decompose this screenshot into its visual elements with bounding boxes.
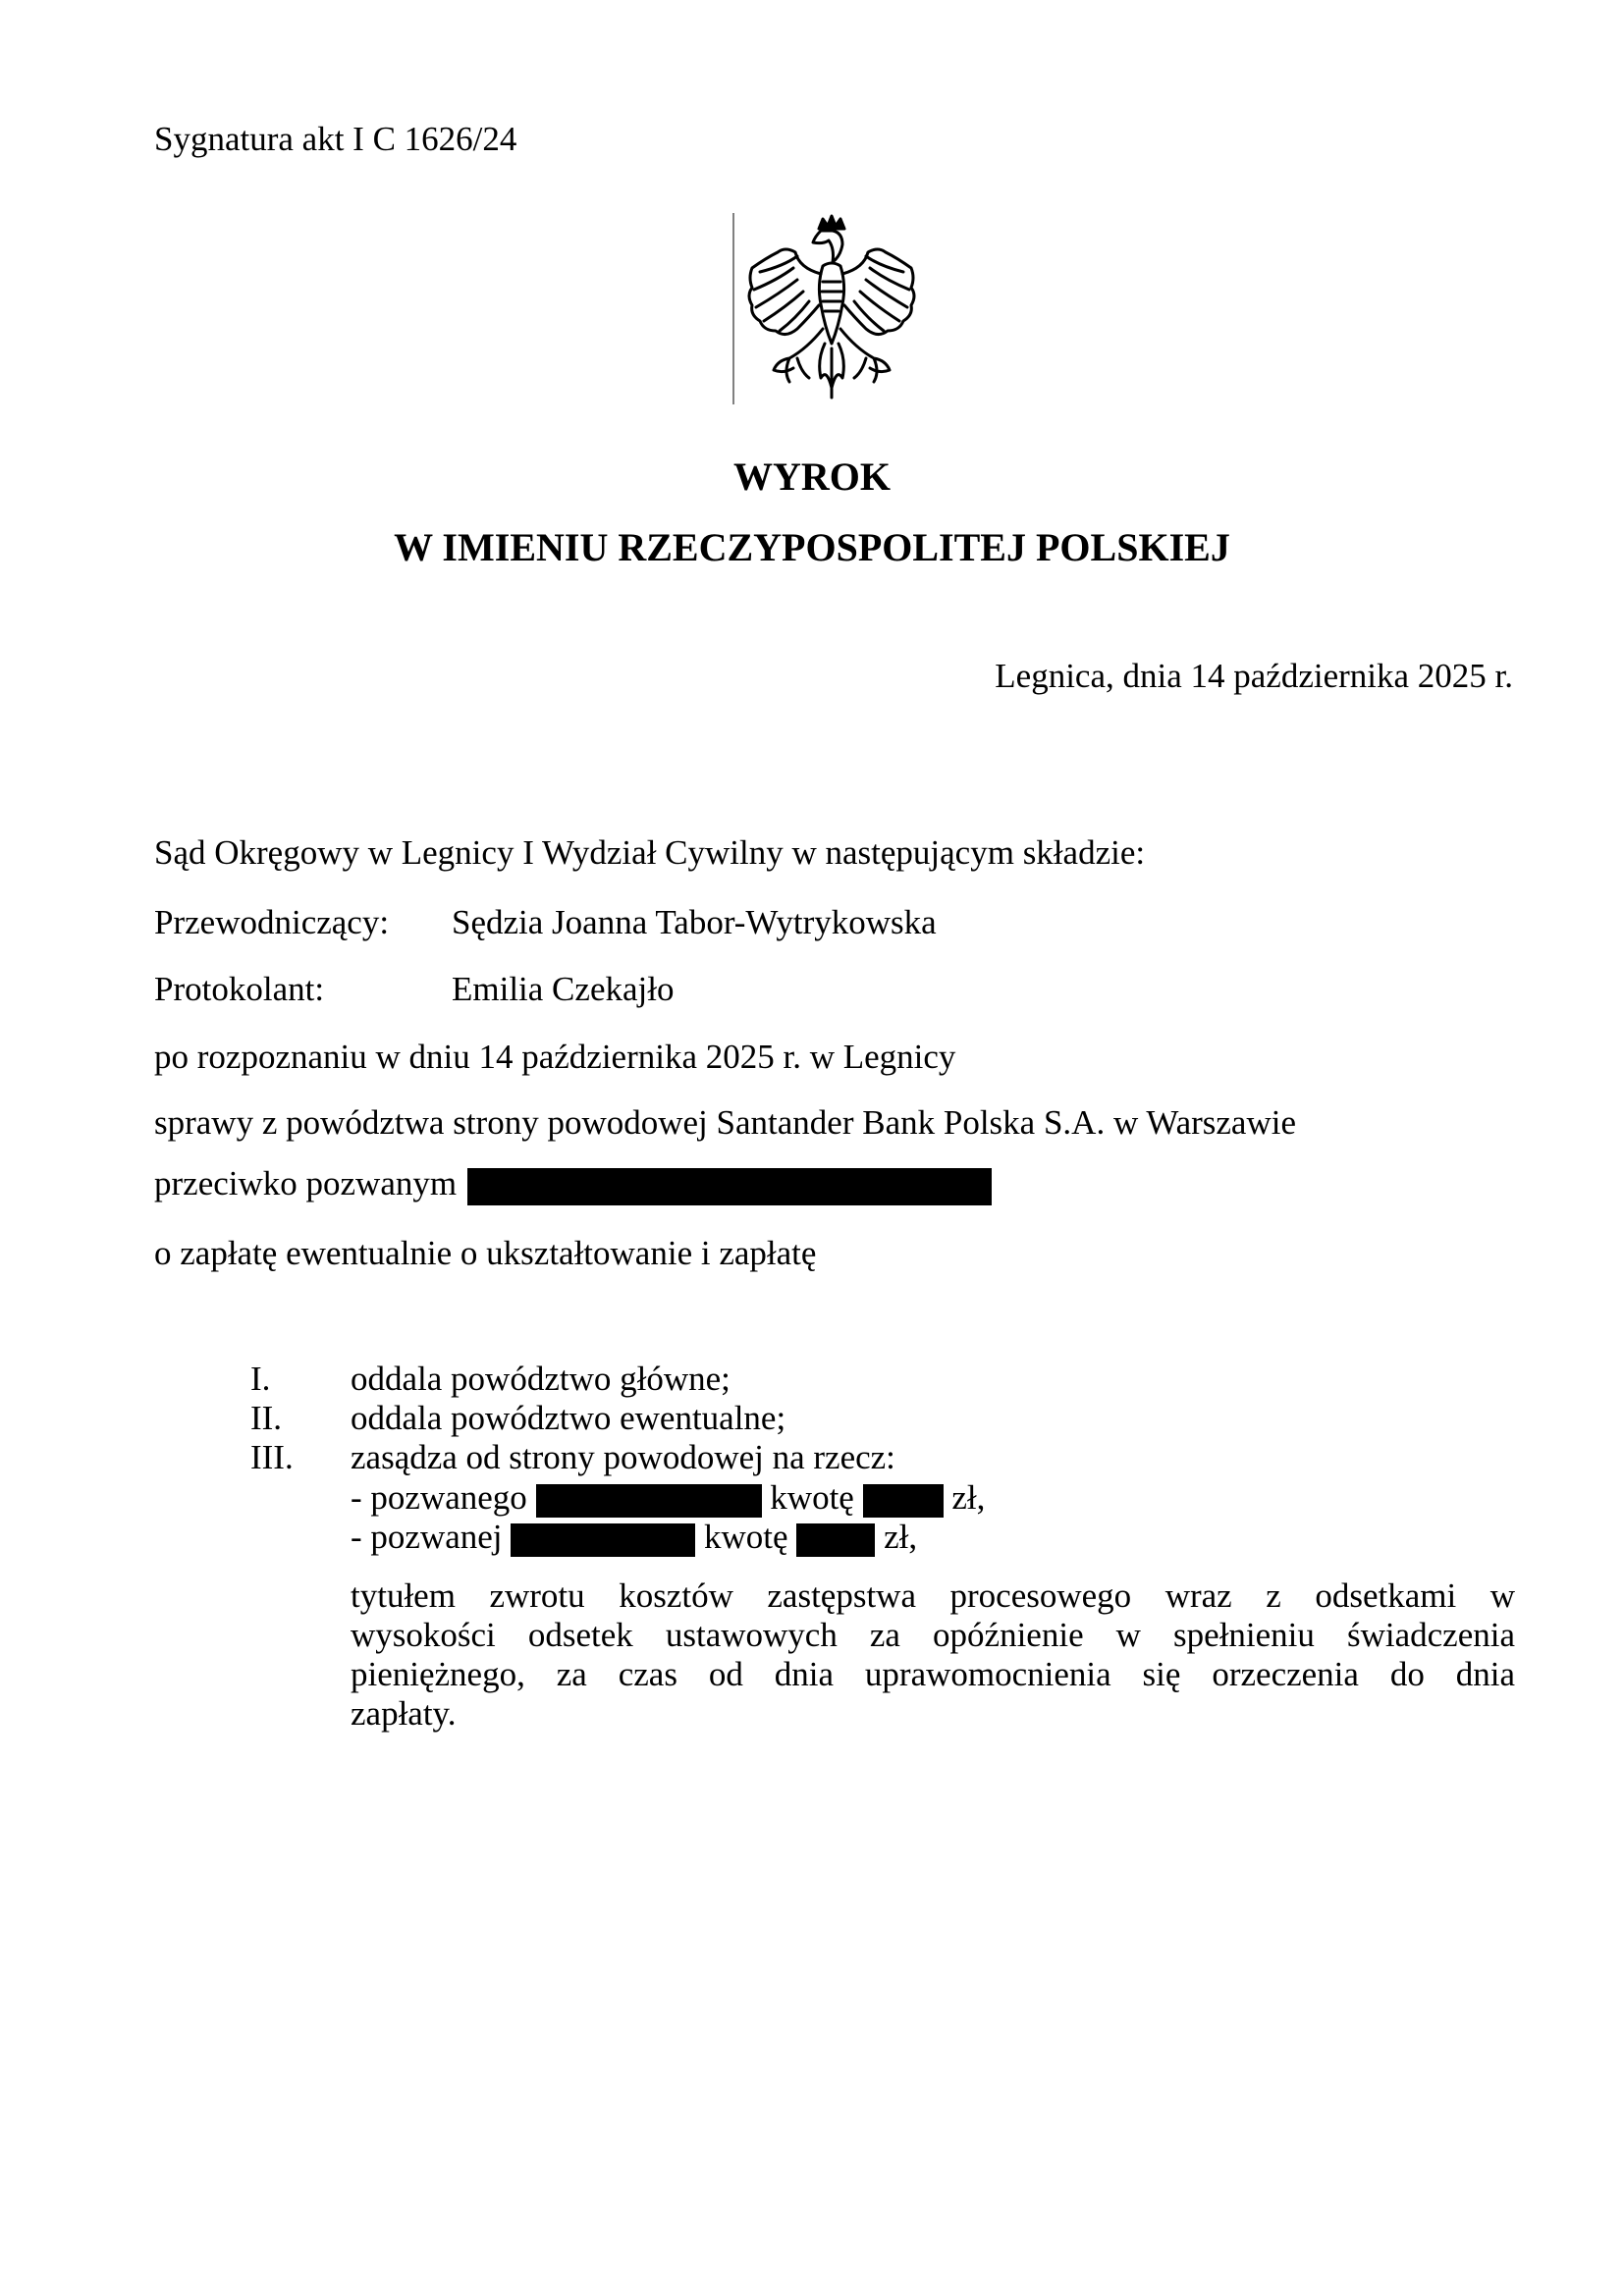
place-and-date: Legnica, dnia 14 października 2025 r.: [995, 657, 1513, 696]
document-subtitle: W IMIENIU RZECZYPOSPOLITEJ POLSKIEJ: [0, 525, 1624, 570]
redacted-defendant-name: [511, 1523, 695, 1557]
chair-value: Sędzia Joanna Tabor-Wytrykowska: [452, 903, 937, 941]
award-sub-item-1: - pozwanego kwotę zł,: [351, 1478, 985, 1518]
paragraph-line: zapłaty.: [351, 1694, 1515, 1734]
currency: zł,: [884, 1518, 917, 1556]
sub-item-prefix: - pozwanej: [351, 1518, 503, 1556]
court-composition-intro: Sąd Okręgowy w Legnicy I Wydział Cywilny…: [154, 833, 1145, 873]
redacted-defendant-names: [467, 1168, 992, 1205]
award-sub-item-2: - pozwanej kwotę zł,: [351, 1518, 917, 1557]
ruling-item-number: III.: [250, 1438, 294, 1477]
case-signature: Sygnatura akt I C 1626/24: [154, 120, 516, 159]
ruling-item-number: I.: [250, 1360, 270, 1399]
defendant-prefix: przeciwko pozwanym: [154, 1164, 457, 1202]
redacted-defendant-name: [536, 1484, 762, 1518]
clerk-row: Protokolant:Emilia Czekajło: [154, 970, 674, 1009]
clerk-value: Emilia Czekajło: [452, 970, 674, 1008]
case-subject: o zapłatę ewentualnie o ukształtowanie i…: [154, 1234, 816, 1273]
document-title: WYROK: [0, 454, 1624, 500]
ruling-item-number: II.: [250, 1399, 282, 1438]
redacted-amount: [796, 1523, 875, 1557]
cost-award-paragraph: tytułem zwrotu kosztów zastępstwa proces…: [351, 1576, 1515, 1734]
clerk-label: Protokolant:: [154, 970, 452, 1009]
paragraph-line: pieniężnego, za czas od dnia uprawomocni…: [351, 1655, 1515, 1694]
polish-eagle-emblem-icon: [738, 211, 925, 402]
paragraph-line: wysokości odsetek ustawowych za opóźnien…: [351, 1616, 1515, 1655]
chair-row: Przewodniczący:Sędzia Joanna Tabor-Wytry…: [154, 903, 937, 942]
redacted-amount: [863, 1484, 944, 1518]
defendant-line: przeciwko pozwanym: [154, 1164, 992, 1205]
sub-item-prefix: - pozwanego: [351, 1478, 527, 1517]
paragraph-line: tytułem zwrotu kosztów zastępstwa proces…: [351, 1576, 1515, 1616]
ruling-item-text: oddala powództwo ewentualne;: [351, 1399, 785, 1438]
hearing-line: po rozpoznaniu w dniu 14 października 20…: [154, 1038, 955, 1077]
ruling-item-text: oddala powództwo główne;: [351, 1360, 731, 1399]
plaintiff-line: sprawy z powództwa strony powodowej Sant…: [154, 1103, 1296, 1143]
amount-label: kwotę: [704, 1518, 788, 1556]
currency: zł,: [951, 1478, 985, 1517]
chair-label: Przewodniczący:: [154, 903, 452, 942]
emblem-divider: [732, 213, 734, 404]
ruling-item-text: zasądza od strony powodowej na rzecz:: [351, 1438, 895, 1477]
amount-label: kwotę: [770, 1478, 854, 1517]
